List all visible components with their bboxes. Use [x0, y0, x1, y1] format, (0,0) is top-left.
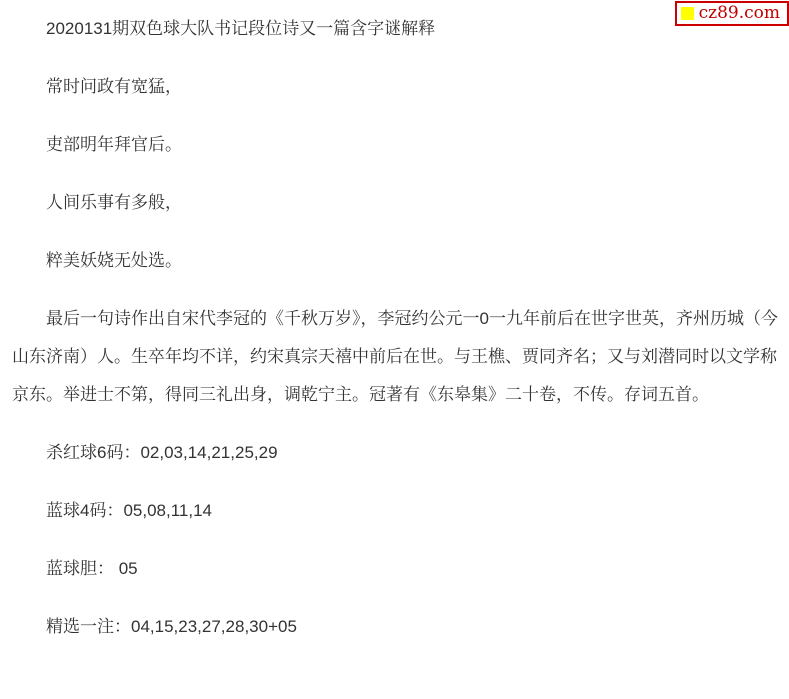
prediction-selected-bet: 精选一注：04,15,23,27,28,30+05 [12, 608, 779, 646]
prediction-blue-dan: 蓝球胆： 05 [12, 550, 779, 588]
article-title: 2020131期双色球大队书记段位诗又一篇含字谜解释 [12, 10, 779, 48]
prediction-blue-4: 蓝球4码：05,08,11,14 [12, 492, 779, 530]
logo-text: cz89.com [699, 5, 780, 22]
site-logo[interactable]: cz89.com [675, 1, 789, 26]
poem-line-1: 常时问政有宽猛， [12, 68, 779, 106]
poem-line-2: 吏部明年拜官后。 [12, 126, 779, 164]
poem-line-3: 人间乐事有多般， [12, 184, 779, 222]
article-content: 2020131期双色球大队书记段位诗又一篇含字谜解释 常时问政有宽猛， 吏部明年… [0, 0, 789, 646]
article-page: cz89.com 2020131期双色球大队书记段位诗又一篇含字谜解释 常时问政… [0, 0, 789, 699]
prediction-kill-red-6: 杀红球6码：02,03,14,21,25,29 [12, 434, 779, 472]
poem-explanation: 最后一句诗作出自宋代李冠的《千秋万岁》，李冠约公元一0一九年前后在世字世英，齐州… [12, 300, 779, 414]
logo-square-icon [681, 7, 694, 20]
poem-line-4: 粹美妖娆无处选。 [12, 242, 779, 280]
